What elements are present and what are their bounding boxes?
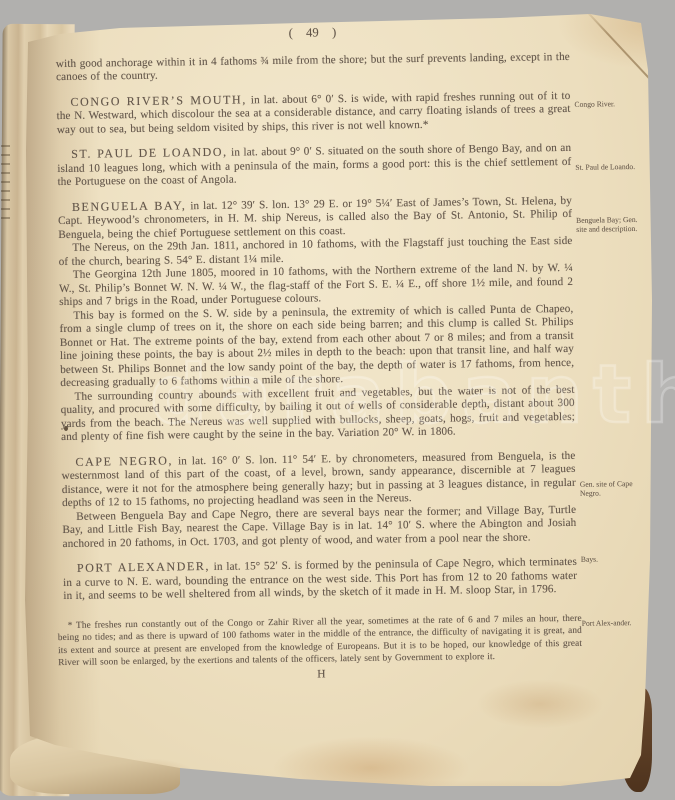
section-heading-cape-negro: CAPE NEGRO,	[75, 453, 173, 468]
margin-note-benguela: Benguela Bay; Gen. site and description.	[576, 216, 646, 235]
paragraph-text: with good anchorage within it in 4 fatho…	[56, 50, 570, 83]
paragraph-text: This bay is formed on the S. W. side by …	[60, 302, 575, 389]
footnote: * The freshes run constantly out of the …	[58, 612, 583, 670]
paragraph-port-alexander: PORT ALEXANDER, in lat. 15° 52′ S. is fo…	[63, 555, 578, 604]
book-photo: ( 49 ) with good anchorage within it in …	[0, 0, 675, 800]
paragraph-anchorage-continuation: with good anchorage within it in 4 fatho…	[56, 50, 570, 84]
paragraph-cape-negro: CAPE NEGRO, in lat. 16° 0′ S. lon. 11° 5…	[61, 448, 576, 510]
paragraph-text: The surrounding country abounds with exc…	[61, 383, 575, 443]
paragraph-bay-description: This bay is formed on the S. W. side by …	[59, 302, 574, 390]
book-page: ( 49 ) with good anchorage within it in …	[0, 0, 675, 800]
margin-note-congo-river: Congo River.	[574, 100, 644, 110]
margin-note-cape-negro: Gen. site of Cape Negro.	[580, 480, 650, 499]
margin-note-port-alexander: Port Alex-ander.	[582, 619, 652, 629]
section-heading-congo: CONGO RIVER’S MOUTH,	[70, 92, 247, 108]
section-heading-port-alexander: PORT ALEXANDER,	[77, 559, 210, 575]
paragraph-bays-between: Between Benguela Bay and Cape Negro, the…	[62, 503, 577, 551]
paragraph-country-supplies: The surrounding country abounds with exc…	[60, 383, 575, 444]
page-number: ( 49 )	[55, 23, 569, 44]
paragraph-benguela-bay: BENGUELA BAY, in lat. 12° 39′ S. lon. 13…	[58, 193, 573, 242]
paragraph-text: The Georgina 12th June 1805, moored in 1…	[59, 262, 573, 308]
section-heading-benguela: BENGUELA BAY,	[72, 198, 187, 214]
paragraph-congo-rivers-mouth: CONGO RIVER’S MOUTH, in lat. about 6° 0′…	[56, 88, 571, 137]
underpage-edge-marks	[1, 145, 10, 223]
margin-note-bays: Bays.	[581, 555, 651, 565]
paragraph-georgina-moorings: The Georgina 12th June 1805, moored in 1…	[59, 262, 574, 310]
margin-note-st-paul: St. Paul de Loando.	[575, 163, 645, 173]
text-column: ( 49 ) with good anchorage within it in …	[55, 21, 578, 685]
paragraph-st-paul-de-loando: ST. PAUL DE LOANDO, in lat. about 9° 0′ …	[57, 141, 572, 190]
printed-content: ( 49 ) with good anchorage within it in …	[55, 20, 658, 788]
paragraph-text: Between Benguela Bay and Cape Negro, the…	[62, 503, 576, 549]
section-heading-st-paul: ST. PAUL DE LOANDO,	[71, 145, 228, 161]
